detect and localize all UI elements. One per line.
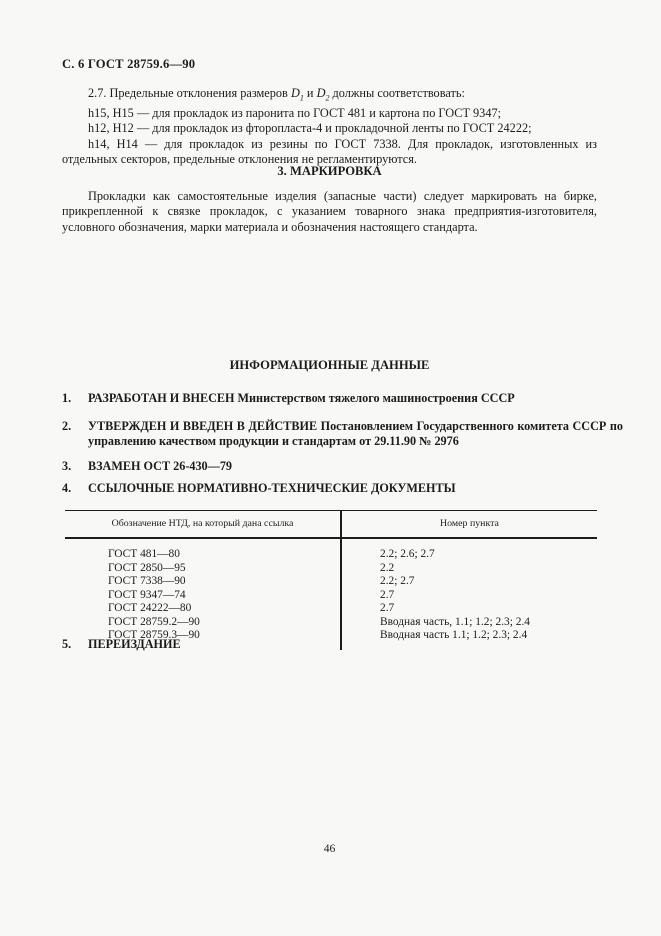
marking-paragraph: Прокладки как самостоятельные изделия (з… [62, 189, 597, 235]
clause-2-7-intro-text1: 2.7. Предельные отклонения размеров [88, 86, 291, 100]
clause-2-7-intro-conj: и [304, 86, 317, 100]
clause-2-7-item-h14: h14, Н14 — для прокладок из резины по ГО… [62, 137, 597, 168]
table-cell-ntd: ГОСТ 7338—90 [65, 575, 341, 589]
table-header-row: Обозначение НТД, на который дана ссылка … [65, 511, 597, 539]
table-cell-ntd: ГОСТ 481—80 [65, 538, 341, 562]
table-cell-punkt: 2.2; 2.6; 2.7 [341, 538, 597, 562]
table-row: ГОСТ 24222—802.7 [65, 602, 597, 616]
clause-2-7-intro: 2.7. Предельные отклонения размеров D1 и… [62, 86, 597, 106]
dimension-d2-symbol: D2 [317, 86, 330, 100]
table-row: ГОСТ 9347—742.7 [65, 589, 597, 603]
table-cell-ntd: ГОСТ 2850—95 [65, 562, 341, 576]
clause-2-7-item-h12: h12, Н12 — для прокладок из фторопласта-… [62, 121, 597, 136]
info-item-4: 4.ССЫЛОЧНЫЕ НОРМАТИВНО-ТЕХНИЧЕСКИЕ ДОКУМ… [62, 481, 623, 496]
clause-2-7: 2.7. Предельные отклонения размеров D1 и… [62, 86, 597, 167]
info-item-2: 2.УТВЕРЖДЕН И ВВЕДЕН В ДЕЙСТВИЕ Постанов… [62, 419, 623, 449]
clause-2-7-intro-text2: должны соответствовать: [329, 86, 464, 100]
table-cell-ntd: ГОСТ 9347—74 [65, 589, 341, 603]
clause-2-7-item-h15: h15, Н15 — для прокладок из паронита по … [62, 106, 597, 121]
info-item-4-text: ССЫЛОЧНЫЕ НОРМАТИВНО-ТЕХНИЧЕСКИЕ ДОКУМЕН… [88, 481, 456, 495]
table-cell-ntd: ГОСТ 24222—80 [65, 602, 341, 616]
info-item-3-text: ВЗАМЕН ОСТ 26-430—79 [88, 459, 232, 473]
table-cell-punkt: Вводная часть, 1.1; 1.2; 2.3; 2.4 [341, 616, 597, 630]
section-3-heading: 3. МАРКИРОВКА [62, 164, 597, 179]
table-cell-punkt: 2.7 [341, 602, 597, 616]
info-item-1-number: 1. [62, 391, 88, 406]
dimension-d1-symbol: D1 [291, 86, 304, 100]
info-item-5-number: 5. [62, 637, 88, 652]
page-header: С. 6 ГОСТ 28759.6—90 [62, 57, 597, 72]
table-header-punkt: Номер пункта [341, 511, 597, 539]
info-item-3: 3.ВЗАМЕН ОСТ 26-430—79 [62, 459, 623, 474]
table-cell-punkt: 2.2 [341, 562, 597, 576]
info-item-1: 1.РАЗРАБОТАН И ВНЕСЕН Министерством тяже… [62, 391, 623, 406]
info-item-1-text: РАЗРАБОТАН И ВНЕСЕН Министерством тяжело… [88, 391, 515, 405]
info-item-3-number: 3. [62, 459, 88, 474]
page-number: 46 [62, 841, 597, 856]
table-cell-punkt: 2.2; 2.7 [341, 575, 597, 589]
table-row: ГОСТ 2850—952.2 [65, 562, 597, 576]
table-row: ГОСТ 481—802.2; 2.6; 2.7 [65, 538, 597, 562]
info-item-4-number: 4. [62, 481, 88, 496]
info-item-5: 5.ПЕРЕИЗДАНИЕ [62, 637, 623, 652]
table-header-ntd: Обозначение НТД, на который дана ссылка [65, 511, 341, 539]
reference-documents-table: Обозначение НТД, на который дана ссылка … [65, 510, 597, 650]
table-cell-punkt: 2.7 [341, 589, 597, 603]
info-item-2-number: 2. [62, 419, 88, 434]
document-page: С. 6 ГОСТ 28759.6—90 2.7. Предельные отк… [0, 0, 661, 936]
table-row: ГОСТ 7338—902.2; 2.7 [65, 575, 597, 589]
info-item-5-text: ПЕРЕИЗДАНИЕ [88, 637, 181, 651]
table-cell-ntd: ГОСТ 28759.2—90 [65, 616, 341, 630]
table-row: ГОСТ 28759.2—90Вводная часть, 1.1; 1.2; … [65, 616, 597, 630]
info-data-heading: ИНФОРМАЦИОННЫЕ ДАННЫЕ [62, 358, 597, 373]
info-item-2-text: УТВЕРЖДЕН И ВВЕДЕН В ДЕЙСТВИЕ Постановле… [88, 419, 623, 448]
